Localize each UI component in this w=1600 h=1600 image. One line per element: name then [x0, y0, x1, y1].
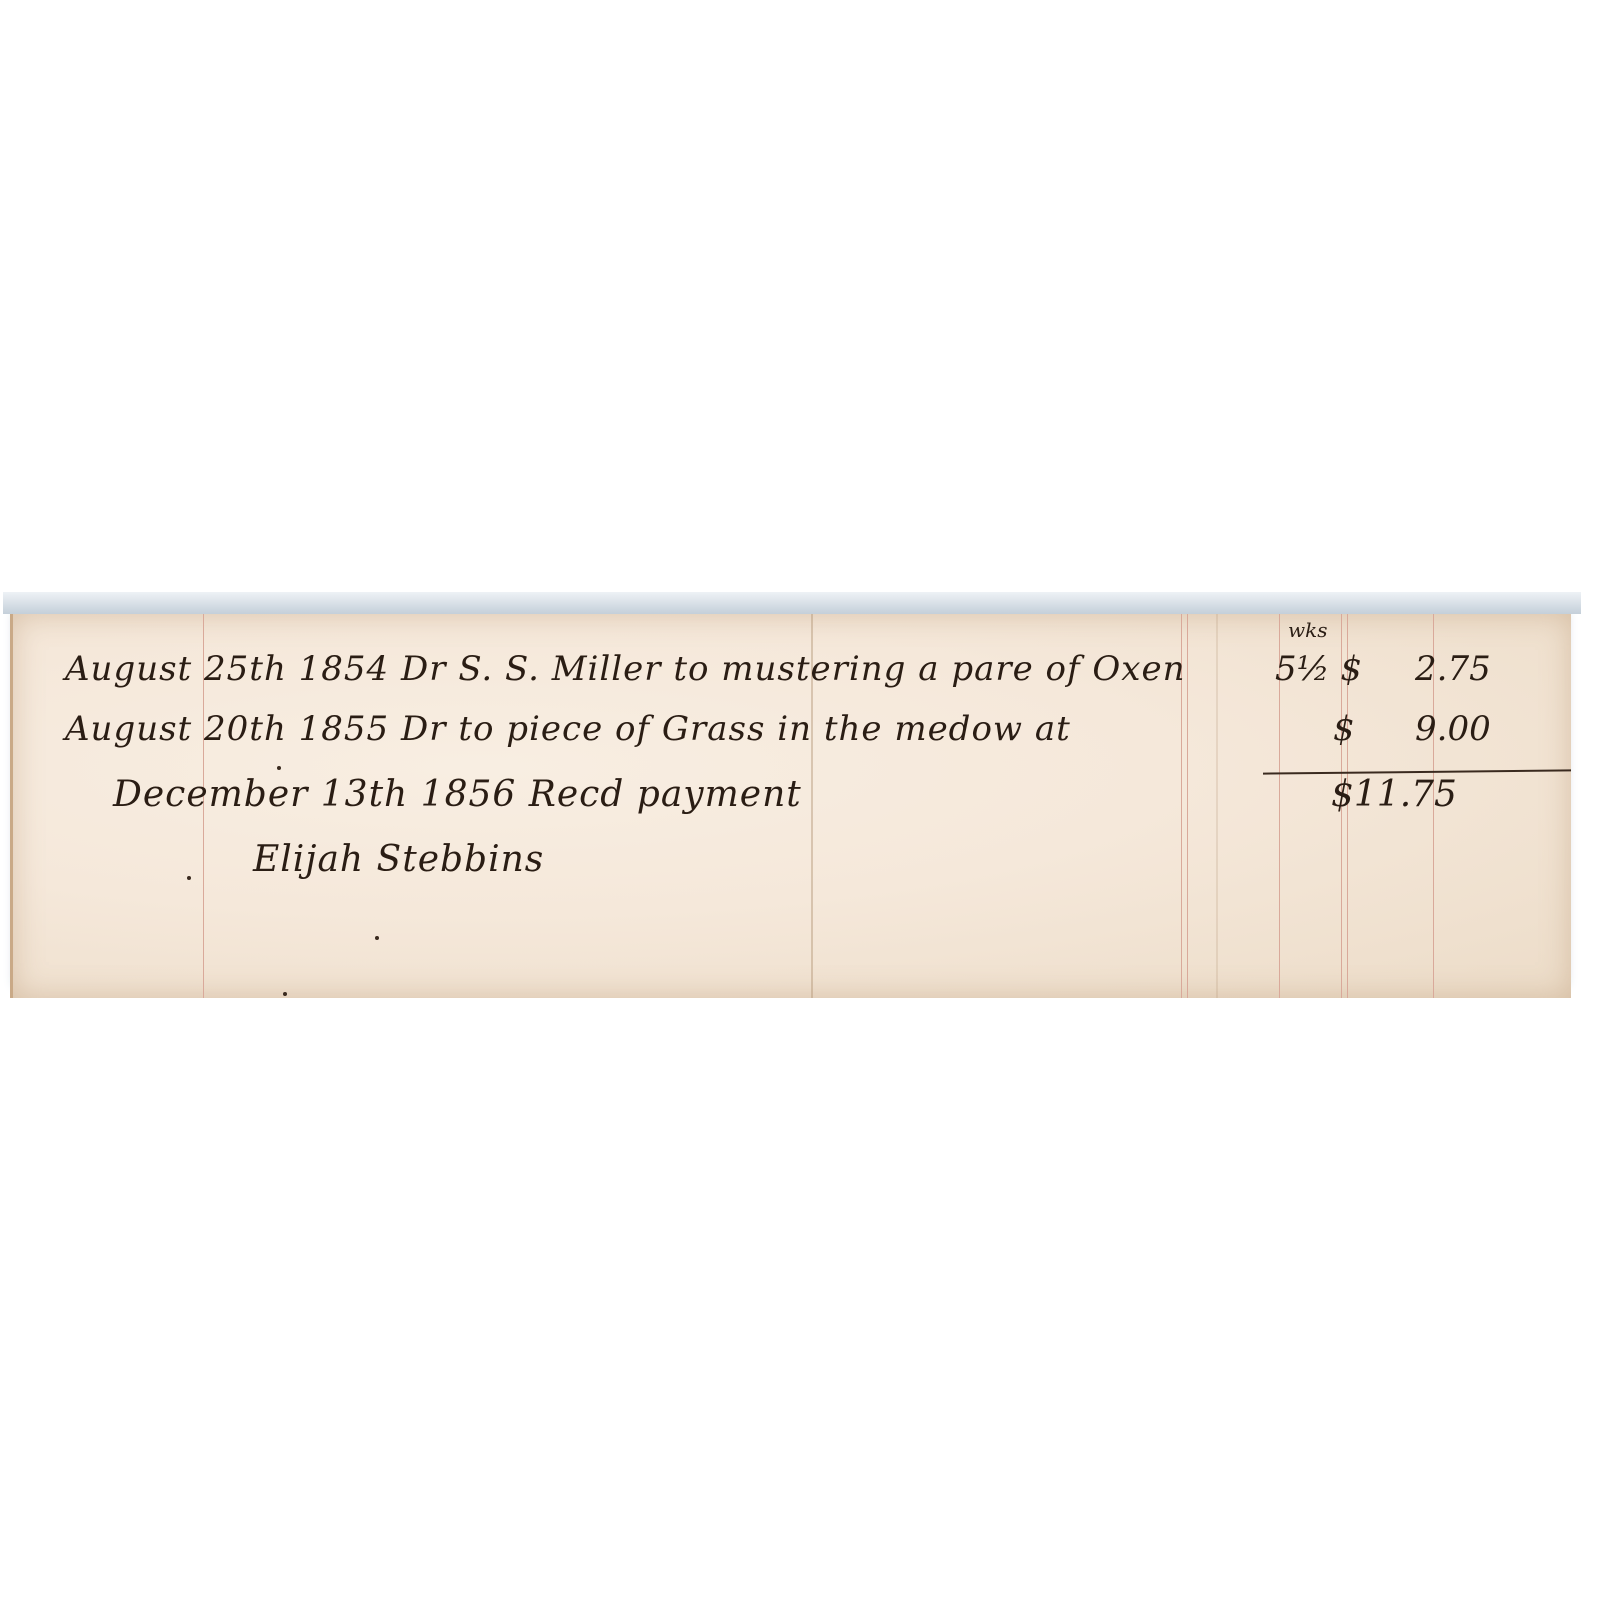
- receipt-line: December 13th 1856 Recd payment: [113, 774, 802, 815]
- ink-spot: [187, 876, 191, 880]
- column-rule: [1187, 614, 1188, 998]
- signature: Elijah Stebbins: [253, 839, 544, 880]
- ink-spot: [283, 992, 287, 996]
- entry-line-2: August 20th 1855 Dr to piece of Grass in…: [65, 709, 1071, 749]
- ink-spot: [277, 766, 281, 770]
- entry-amount: 2.75: [1415, 649, 1491, 689]
- ink-spot: [375, 936, 379, 940]
- unit-note: wks: [1288, 618, 1328, 642]
- entry-line-1: August 25th 1854 Dr S. S. Miller to must…: [65, 649, 1185, 689]
- entry-date: August 25th 1854: [65, 649, 389, 689]
- entry-amount: 9.00: [1415, 709, 1491, 749]
- entry-text: Dr to piece of Grass in the medow at: [401, 709, 1071, 749]
- entry-quantity: 5½ $: [1275, 649, 1362, 689]
- entry-date: August 20th 1855: [65, 709, 389, 749]
- receipt-paper: August 25th 1854 Dr S. S. Miller to must…: [10, 614, 1571, 998]
- fold-line: [1216, 614, 1218, 998]
- entry-text: Dr S. S. Miller to mustering a pare of O…: [401, 649, 1185, 689]
- total-amount: $11.75: [1331, 774, 1457, 815]
- entry-currency-symbol: $: [1333, 709, 1355, 749]
